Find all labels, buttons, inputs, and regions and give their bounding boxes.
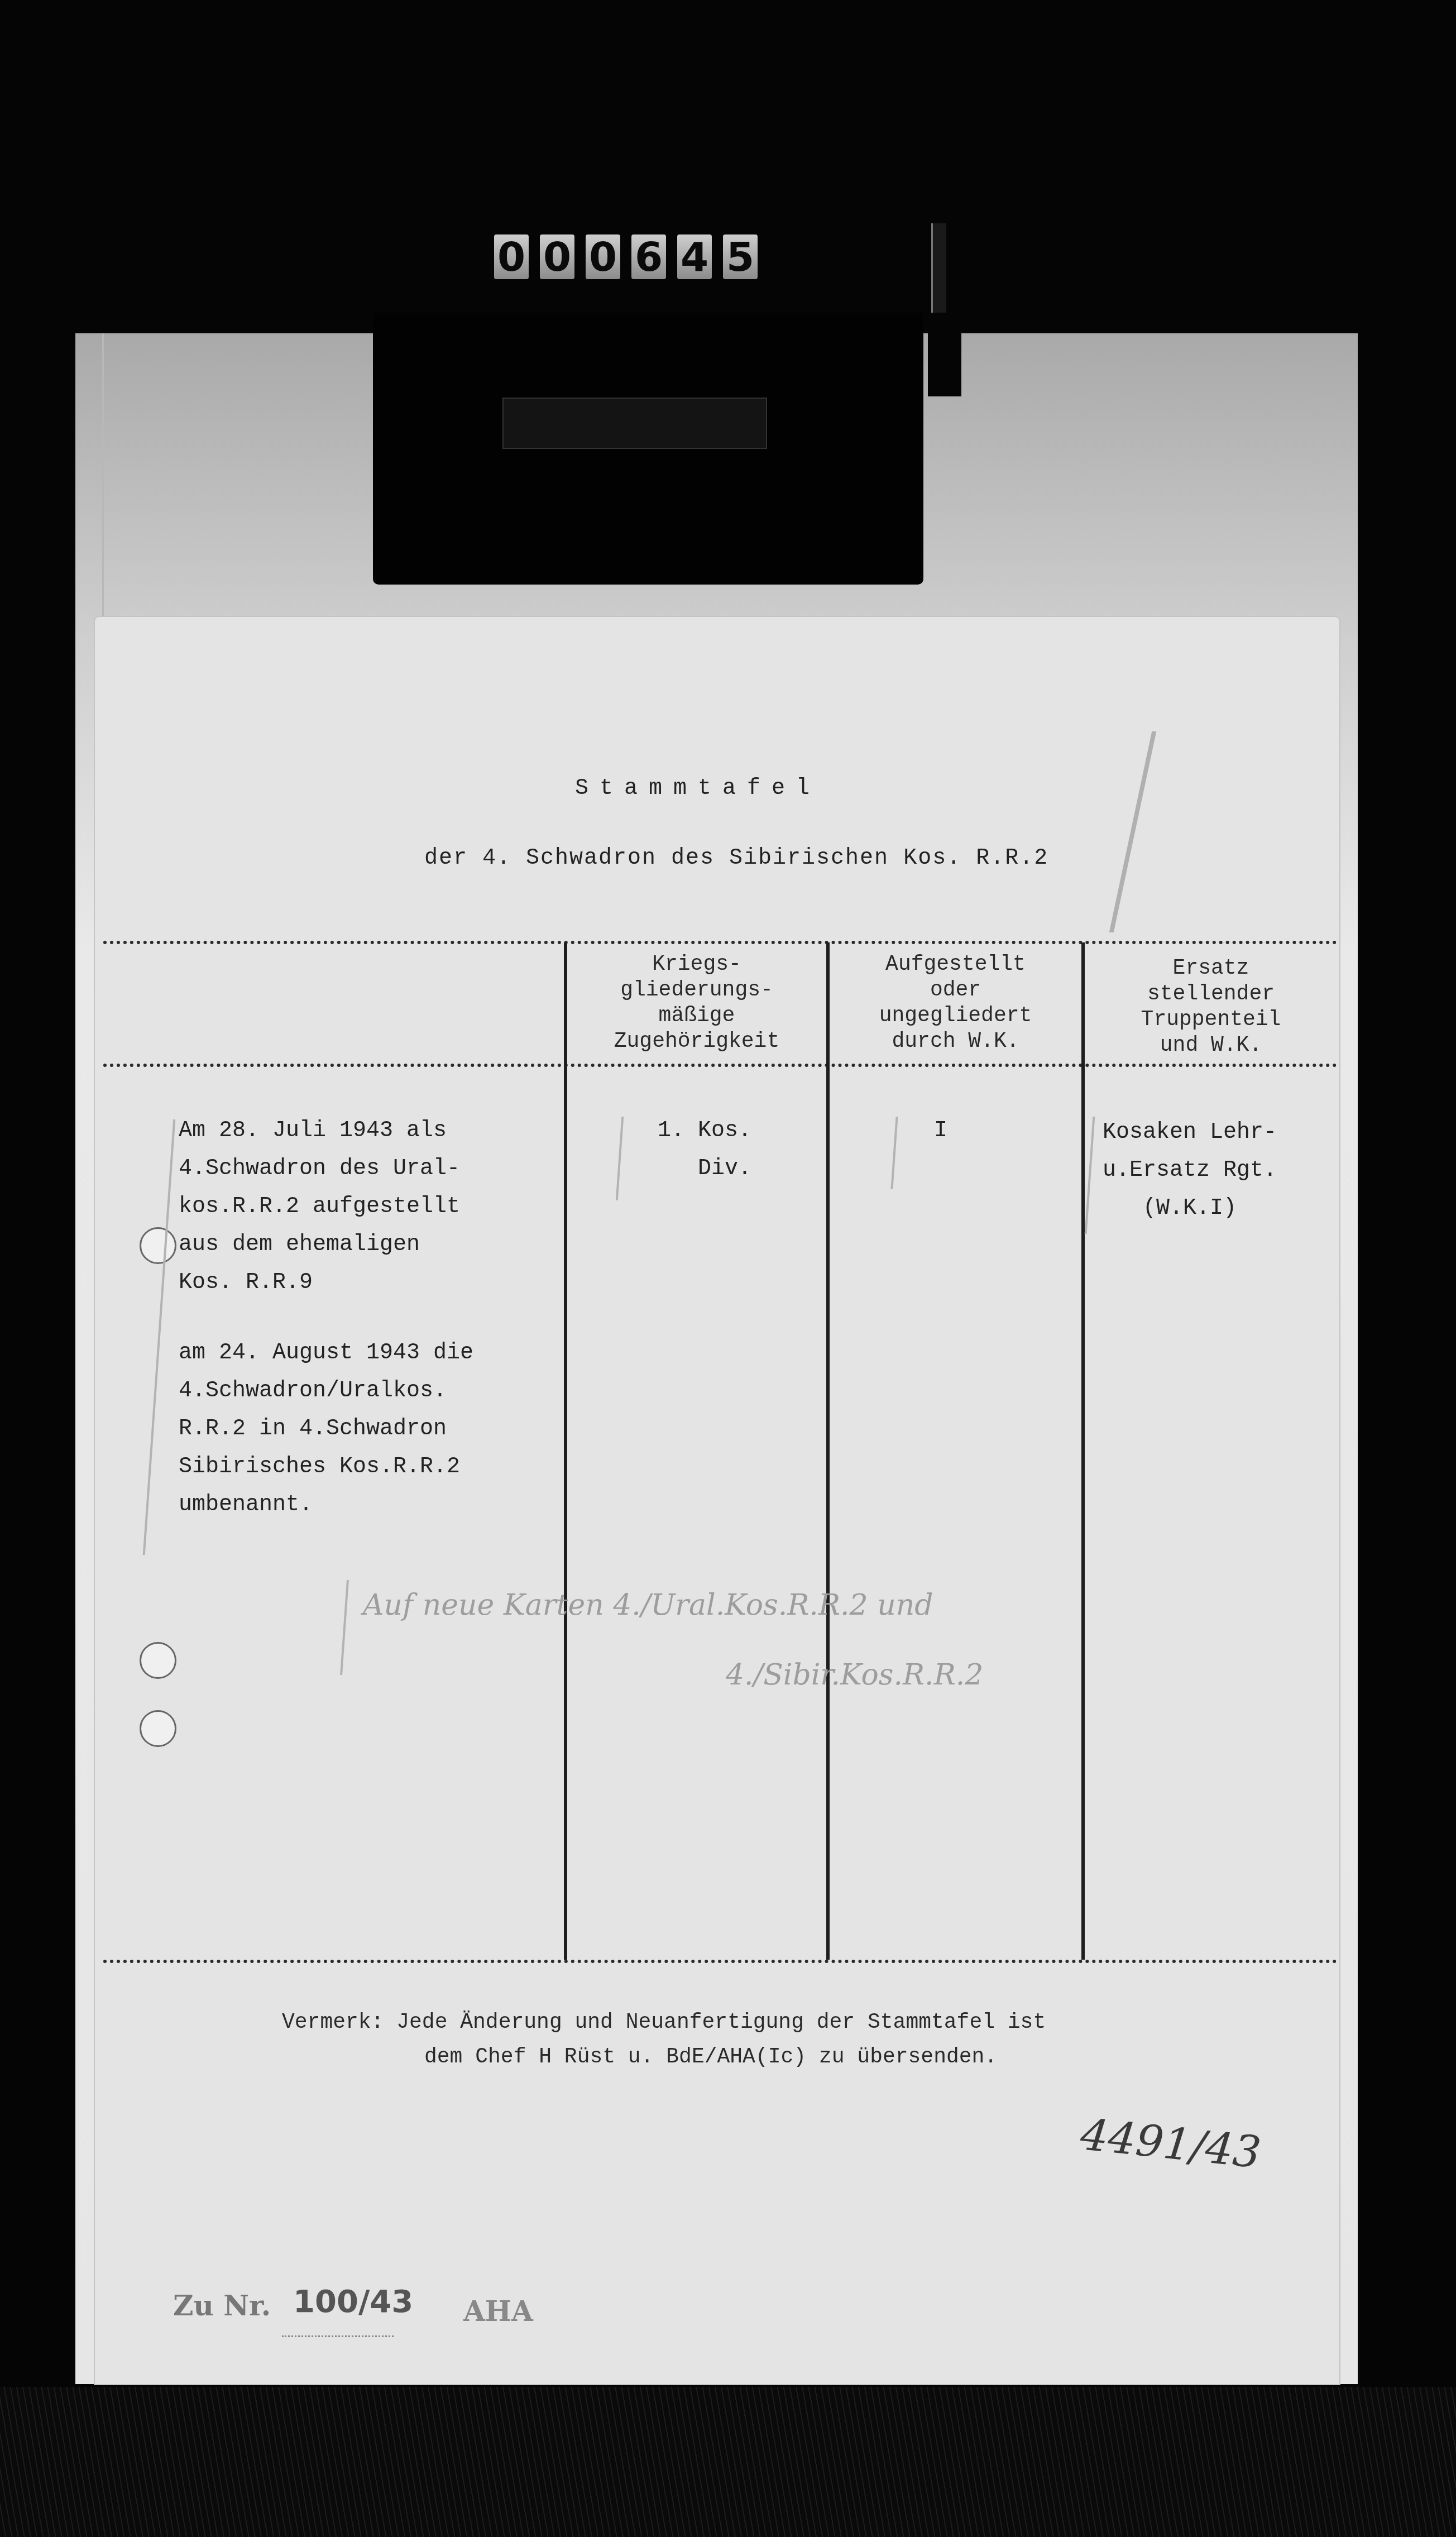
handwritten-annotation: 4./Sibir.Kos.R.R.2 [726, 1658, 983, 1692]
document-subtitle: der 4. Schwadron des Sibirischen Kos. R.… [424, 846, 1048, 871]
counter-knob [931, 223, 946, 318]
stamp-suffix: AHA [463, 2295, 533, 2328]
header-aufgestellt: Aufgestellt oder ungegliedert durch W.K. [830, 952, 1081, 1055]
counter-digit: 0 [540, 234, 574, 279]
punch-hole [140, 1227, 176, 1264]
counter-digit: 6 [631, 234, 666, 279]
stamp-underline [282, 2335, 394, 2337]
counter-digit: 4 [677, 234, 712, 279]
footer-note: Vermerk: Jede Änderung und Neuanfertigun… [282, 2005, 1046, 2075]
cell-ersatz: Kosaken Lehr- u.Ersatz Rgt. (W.K.I) [1103, 1114, 1277, 1228]
document-title: Stammtafel [575, 776, 821, 801]
clip-hinge [928, 313, 961, 396]
film-edge [0, 2387, 1456, 2537]
column-divider [826, 942, 830, 1960]
handwritten-annotation: Auf neue Karten 4./Ural.Kos.R.R.2 und [363, 1588, 933, 1622]
header-kriegsgliederung: Kriegs- gliederungs- mäßige Zugehörigkei… [567, 952, 826, 1055]
note-line-1: Vermerk: Jede Änderung und Neuanfertigun… [282, 2005, 1046, 2040]
table-top-rule [103, 941, 1337, 944]
stamp-number: 100/43 [293, 2284, 413, 2320]
table-bottom-rule [103, 1960, 1337, 1963]
punch-hole [140, 1642, 176, 1679]
column-divider [1081, 942, 1085, 1960]
history-paragraph-2: am 24. August 1943 die 4.Schwadron/Uralk… [179, 1334, 473, 1524]
column-divider [564, 942, 567, 1960]
counter-digit: 0 [586, 234, 620, 279]
counter-digit: 0 [494, 234, 529, 279]
history-paragraph-1: Am 28. Juli 1943 als 4.Schwadron des Ura… [179, 1112, 460, 1302]
note-line-2: dem Chef H Rüst u. BdE/AHA(Ic) zu überse… [282, 2040, 1046, 2075]
cell-aufgestellt: I [934, 1112, 947, 1150]
clip-label-plate [502, 398, 767, 449]
cell-kriegsgliederung: 1. Kos. Div. [658, 1112, 751, 1188]
table-header-rule [103, 1064, 1337, 1067]
punch-hole [140, 1710, 176, 1747]
frame-counter: 0 0 0 6 4 5 [494, 234, 758, 285]
counter-digit: 5 [723, 234, 758, 279]
stamp-prefix: Zu Nr. [173, 2289, 271, 2322]
header-ersatz: Ersatz stellender Truppenteil und W.K. [1085, 956, 1337, 1059]
